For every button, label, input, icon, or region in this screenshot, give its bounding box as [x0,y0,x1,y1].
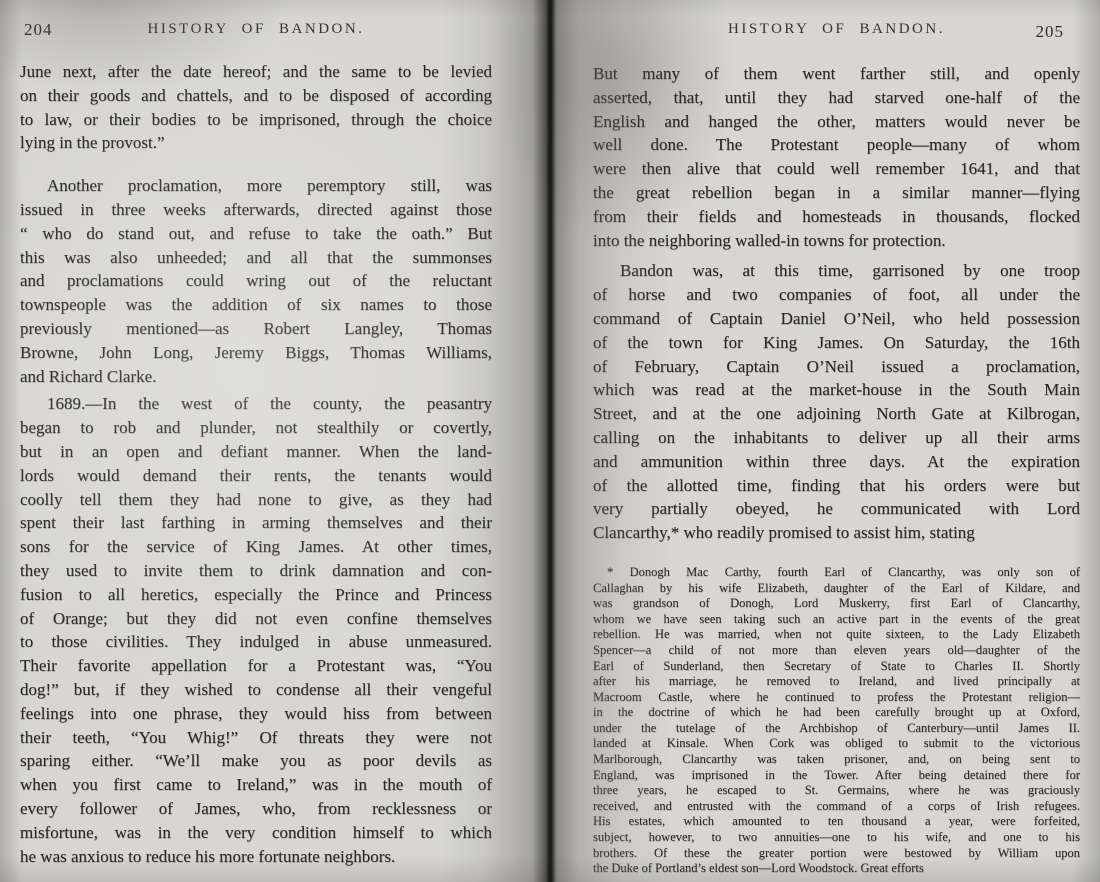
page-205-body: But many of them went farther still, and… [593,62,1080,545]
text-line: 1689.—In the west of the county, the pea… [20,392,492,416]
text-line: and Richard Clarke. [20,365,492,389]
text-line: of the allotted time, finding that his o… [593,474,1080,498]
page-number-right: 205 [1036,22,1065,42]
text-line: Callaghan by his wife Elizabeth, daughte… [593,581,1080,597]
text-line: June next, after the date hereof; and th… [20,60,492,84]
text-line: but in an open and defiant manner. When … [20,440,492,464]
text-line: Bandon was, at this time, garrisoned by … [593,259,1080,283]
text-line: English and hanged the other, matters wo… [593,110,1080,134]
text-line: “ who do stand out, and refuse to take t… [20,222,492,246]
text-line: But many of them went farther still, and… [593,62,1080,86]
text-line: landed at Kinsale. When Cork was obliged… [593,736,1080,752]
text-line: into the neighboring walled-in towns for… [593,229,1080,253]
text-line: of Orange; but they did not even confine… [20,607,492,631]
text-line: he was anxious to reduce his more fortun… [20,845,492,869]
text-line: Earl of Sunderland, then Secretary of St… [593,659,1080,675]
text-line: under the tutelage of the Archbishop of … [593,721,1080,737]
text-line: sons for the service of King James. At o… [20,535,492,559]
text-line: His estates, which amounted to ten thous… [593,814,1080,830]
text-line: every follower of James, who, from reckl… [20,797,492,821]
text-line: Street, and at the one adjoining North G… [593,402,1080,426]
text-line: well done. The Protestant people—many of… [593,133,1080,157]
text-line: received, and entrusted with the command… [593,799,1080,815]
paragraph: 1689.—In the west of the county, the pea… [20,392,492,868]
text-line: were then alive that could well remember… [593,157,1080,181]
text-line: coolly tell them they had none to give, … [20,488,492,512]
text-line: to law, or their bodies to be imprisoned… [20,108,492,132]
text-line: command of Captain Daniel O’Neil, who he… [593,307,1080,331]
text-line: which was read at the market-house in th… [593,378,1080,402]
text-line: of horse and two companies of foot, all … [593,283,1080,307]
text-line: and proclamations could wring out of the… [20,269,492,293]
page-204: 204 HISTORY OF BANDON. June next, after … [0,0,550,882]
text-line: began to rob and plunder, not stealthily… [20,416,492,440]
text-line: on their goods and chattels, and to be d… [20,84,492,108]
paragraph: Another proclamation, more peremptory st… [20,174,492,388]
running-title-right: HISTORY OF BANDON. [593,21,1080,38]
text-line: subject, however, to two annuities—one t… [593,830,1080,846]
text-line: Their favorite appellation for a Protest… [20,654,492,678]
text-line: lords would demand their rents, the tena… [20,464,492,488]
text-line: lying in the provost.” [20,131,492,155]
text-line: townspeople was the addition of six name… [20,293,492,317]
text-line: in the doctrine of which he had been car… [593,705,1080,721]
text-line: Spencer—a child of not more than eleven … [593,643,1080,659]
text-line: England, was imprisoned in the Tower. Af… [593,768,1080,784]
text-line: Marlborough, Clancarthy was taken prison… [593,752,1080,768]
text-line: fusion to all heretics, especially the P… [20,583,492,607]
text-line: of February, Captain O’Neil issued a pro… [593,355,1080,379]
paragraph: Bandon was, at this time, garrisoned by … [593,259,1080,545]
text-line: and ammunition within three days. At the… [593,450,1080,474]
text-line: from their fields and homesteads in thou… [593,205,1080,229]
text-line: was grandson of Donogh, Lord Muskerry, f… [593,596,1080,612]
text-line: to those civilities. They indulged in ab… [20,630,492,654]
text-line: Browne, John Long, Jeremy Biggs, Thomas … [20,341,492,365]
text-line: * Donogh Mac Carthy, fourth Earl of Clan… [593,565,1080,581]
text-line: whom we have seen taking such an active … [593,612,1080,628]
footnote: * Donogh Mac Carthy, fourth Earl of Clan… [593,565,1080,877]
running-title-left: HISTORY OF BANDON. [20,21,492,38]
text-line: the great rebellion began in a similar m… [593,181,1080,205]
text-line: previously mentioned—as Robert Langley, … [20,317,492,341]
paragraph: * Donogh Mac Carthy, fourth Earl of Clan… [593,565,1080,877]
text-line: Another proclamation, more peremptory st… [20,174,492,198]
text-line: very partially obeyed, he communicated w… [593,497,1080,521]
text-line: sparing either. “We’ll make you as poor … [20,749,492,773]
text-line: rebellion. He was married, when not quit… [593,627,1080,643]
text-line: Macroom Castle, where he continued to pr… [593,690,1080,706]
text-line: they used to invite them to drink damnat… [20,559,492,583]
paragraph: But many of them went farther still, and… [593,62,1080,252]
text-line: feelings into one phrase, they would his… [20,702,492,726]
page-205: HISTORY OF BANDON. 205 But many of them … [550,0,1100,882]
text-line: this was also unheeded; and all that the… [20,246,492,270]
text-line: their teeth, “You Whig!” Of threats they… [20,726,492,750]
text-line: of the town for King James. On Saturday,… [593,331,1080,355]
text-line: calling on the inhabitants to deliver up… [593,426,1080,450]
text-line: three years, he escaped to St. Germains,… [593,783,1080,799]
text-line: asserted, that, until they had starved o… [593,86,1080,110]
text-line: spent their last farthing in arming them… [20,511,492,535]
book-spread: 204 HISTORY OF BANDON. June next, after … [0,0,1100,882]
text-line: issued in three weeks afterwards, direct… [20,198,492,222]
page-205-header: HISTORY OF BANDON. 205 [593,18,1080,40]
text-line: Clancarthy,* who readily promised to ass… [593,521,1080,545]
text-line: after his marriage, he removed to Irelan… [593,674,1080,690]
text-line: misfortune, was in the very condition hi… [20,821,492,845]
text-line: when you first came to Ireland,” was in … [20,773,492,797]
page-204-body: June next, after the date hereof; and th… [20,60,492,868]
text-line: dog!” but, if they wished to condense al… [20,678,492,702]
text-line: the Duke of Portland’s eldest son—Lord W… [593,861,1080,877]
text-line: brothers. Of these the greater portion w… [593,846,1080,862]
page-204-header: 204 HISTORY OF BANDON. [20,18,492,40]
paragraph: June next, after the date hereof; and th… [20,60,492,155]
